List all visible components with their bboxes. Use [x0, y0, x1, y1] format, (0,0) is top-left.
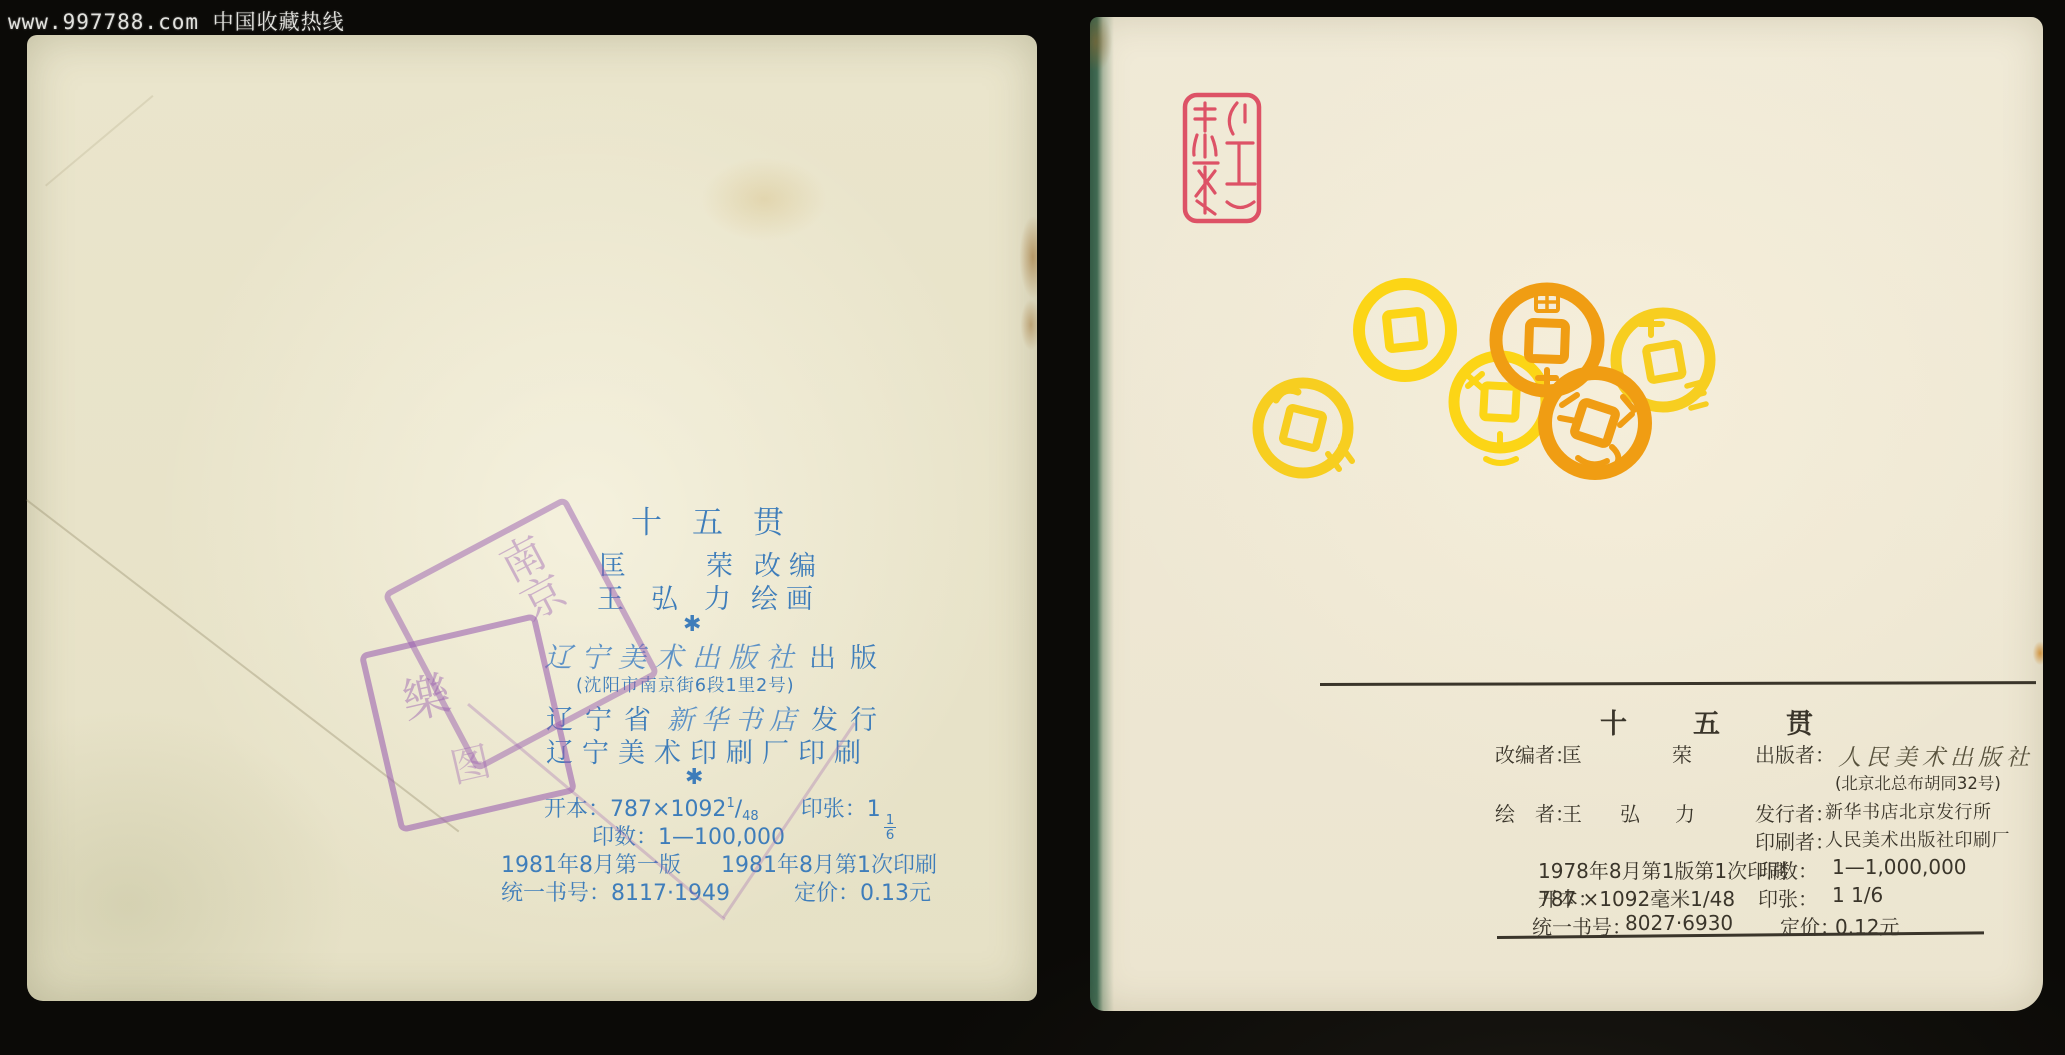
artist-name-char: 王: [1562, 798, 1582, 827]
format-value: 787 ×1092毫米1/48: [1538, 883, 1735, 912]
stamp-character: 樂: [394, 655, 456, 733]
publisher-script-name: 人民美术出版社: [1838, 739, 2034, 772]
right-book-back-cover: 十五贯 改编者： 匡 荣 出版者： 人民美术出版社 (北京北总布胡同32号) 绘…: [1090, 17, 2043, 1011]
publisher-label: 出版者：: [1755, 739, 1835, 768]
price-value: 0.13元: [860, 881, 931, 906]
artist-name-char: 弘: [651, 584, 678, 615]
stamp-character: 图: [444, 730, 496, 795]
coin-plain-icon: [1359, 284, 1451, 376]
book-number-value: 8027·6930: [1625, 911, 1733, 935]
watermark-text: www.997788.com 中国收藏热线: [8, 6, 345, 36]
print-run-value: 1—1,000,000: [1832, 855, 1967, 879]
star-divider-icon: ✱: [685, 765, 703, 790]
publisher-address: (北京北总布胡同32号): [1835, 770, 2001, 794]
format-label: 开本：: [544, 797, 610, 822]
photo-of-two-book-back-covers: www.997788.com 中国收藏热线 十五贯 匡荣改编 王弘力绘画 ✱ 辽…: [0, 0, 2065, 1055]
edition-value: 1981年8月第一版: [501, 853, 681, 878]
printer-line: 辽宁美术印刷厂印刷: [546, 731, 870, 770]
red-collector-seal-stamp: [1181, 91, 1263, 225]
distributor-value: 新华书店北京发行所: [1825, 798, 1992, 824]
format-value: 787×1092: [610, 797, 726, 822]
publisher-suffix: 出版: [809, 643, 891, 674]
paper-crease: [45, 95, 154, 187]
artist-credit-line: 王弘力绘画: [597, 577, 821, 616]
coin-orange-inscribed-icon: [1545, 373, 1645, 473]
coin-inscribed-icon: [1258, 383, 1352, 473]
print-run-label: 印数：: [1758, 855, 1818, 884]
price-value: 0.12元: [1835, 911, 1900, 940]
price-label: 定价：: [1780, 911, 1840, 940]
book-number-label: 统一书号：: [501, 881, 611, 906]
edition-value: 1978年8月第1版第1次印刷: [1538, 855, 1787, 884]
book-title: 十五贯: [1600, 702, 1879, 741]
sheets-value: 1 1/6: [1832, 883, 1883, 907]
book-title: 十五贯: [631, 497, 814, 542]
ancient-coins-illustration: [1240, 250, 1820, 530]
book-number-label: 统一书号：: [1532, 911, 1632, 940]
distributor-label: 发行者：: [1755, 798, 1835, 827]
book-number-and-price-line: 统一书号：8117·1949定价：0.13元: [501, 876, 931, 907]
printer-label: 印刷者：: [1755, 826, 1835, 855]
artist-name-char: 弘: [1620, 798, 1640, 827]
print-run-value: 1—100,000: [658, 825, 785, 850]
print-run-line: 印数：1—100,000: [592, 820, 785, 851]
format-fraction-numerator: 1: [726, 796, 734, 811]
colophon-top-rule: [1320, 681, 2036, 686]
artist-role: 绘画: [751, 584, 821, 615]
artist-name-char: 力: [1675, 798, 1695, 827]
artist-name-char: 力: [704, 584, 731, 615]
sheets-label: 印张：: [801, 797, 867, 822]
edition-line: 1981年8月第一版1981年8月第1次印刷: [501, 848, 937, 879]
adapter-name-char: 荣: [1672, 739, 1692, 768]
adapter-name-char: 匡: [1562, 739, 1582, 768]
sheets-label: 印张：: [1758, 883, 1818, 912]
sheets-integer: 1: [867, 797, 881, 822]
printer-value: 人民美术出版社印刷厂: [1825, 826, 2010, 852]
price-label: 定价：: [794, 881, 860, 906]
star-divider-icon: ✱: [683, 612, 701, 637]
book-number-value: 8117·1949: [611, 881, 730, 906]
sheets-fraction: 16: [884, 813, 897, 842]
left-book-back-cover: 十五贯 匡荣改编 王弘力绘画 ✱ 辽宁美术出版社出版 (沈阳市南京街6段1里2号…: [27, 35, 1037, 1001]
